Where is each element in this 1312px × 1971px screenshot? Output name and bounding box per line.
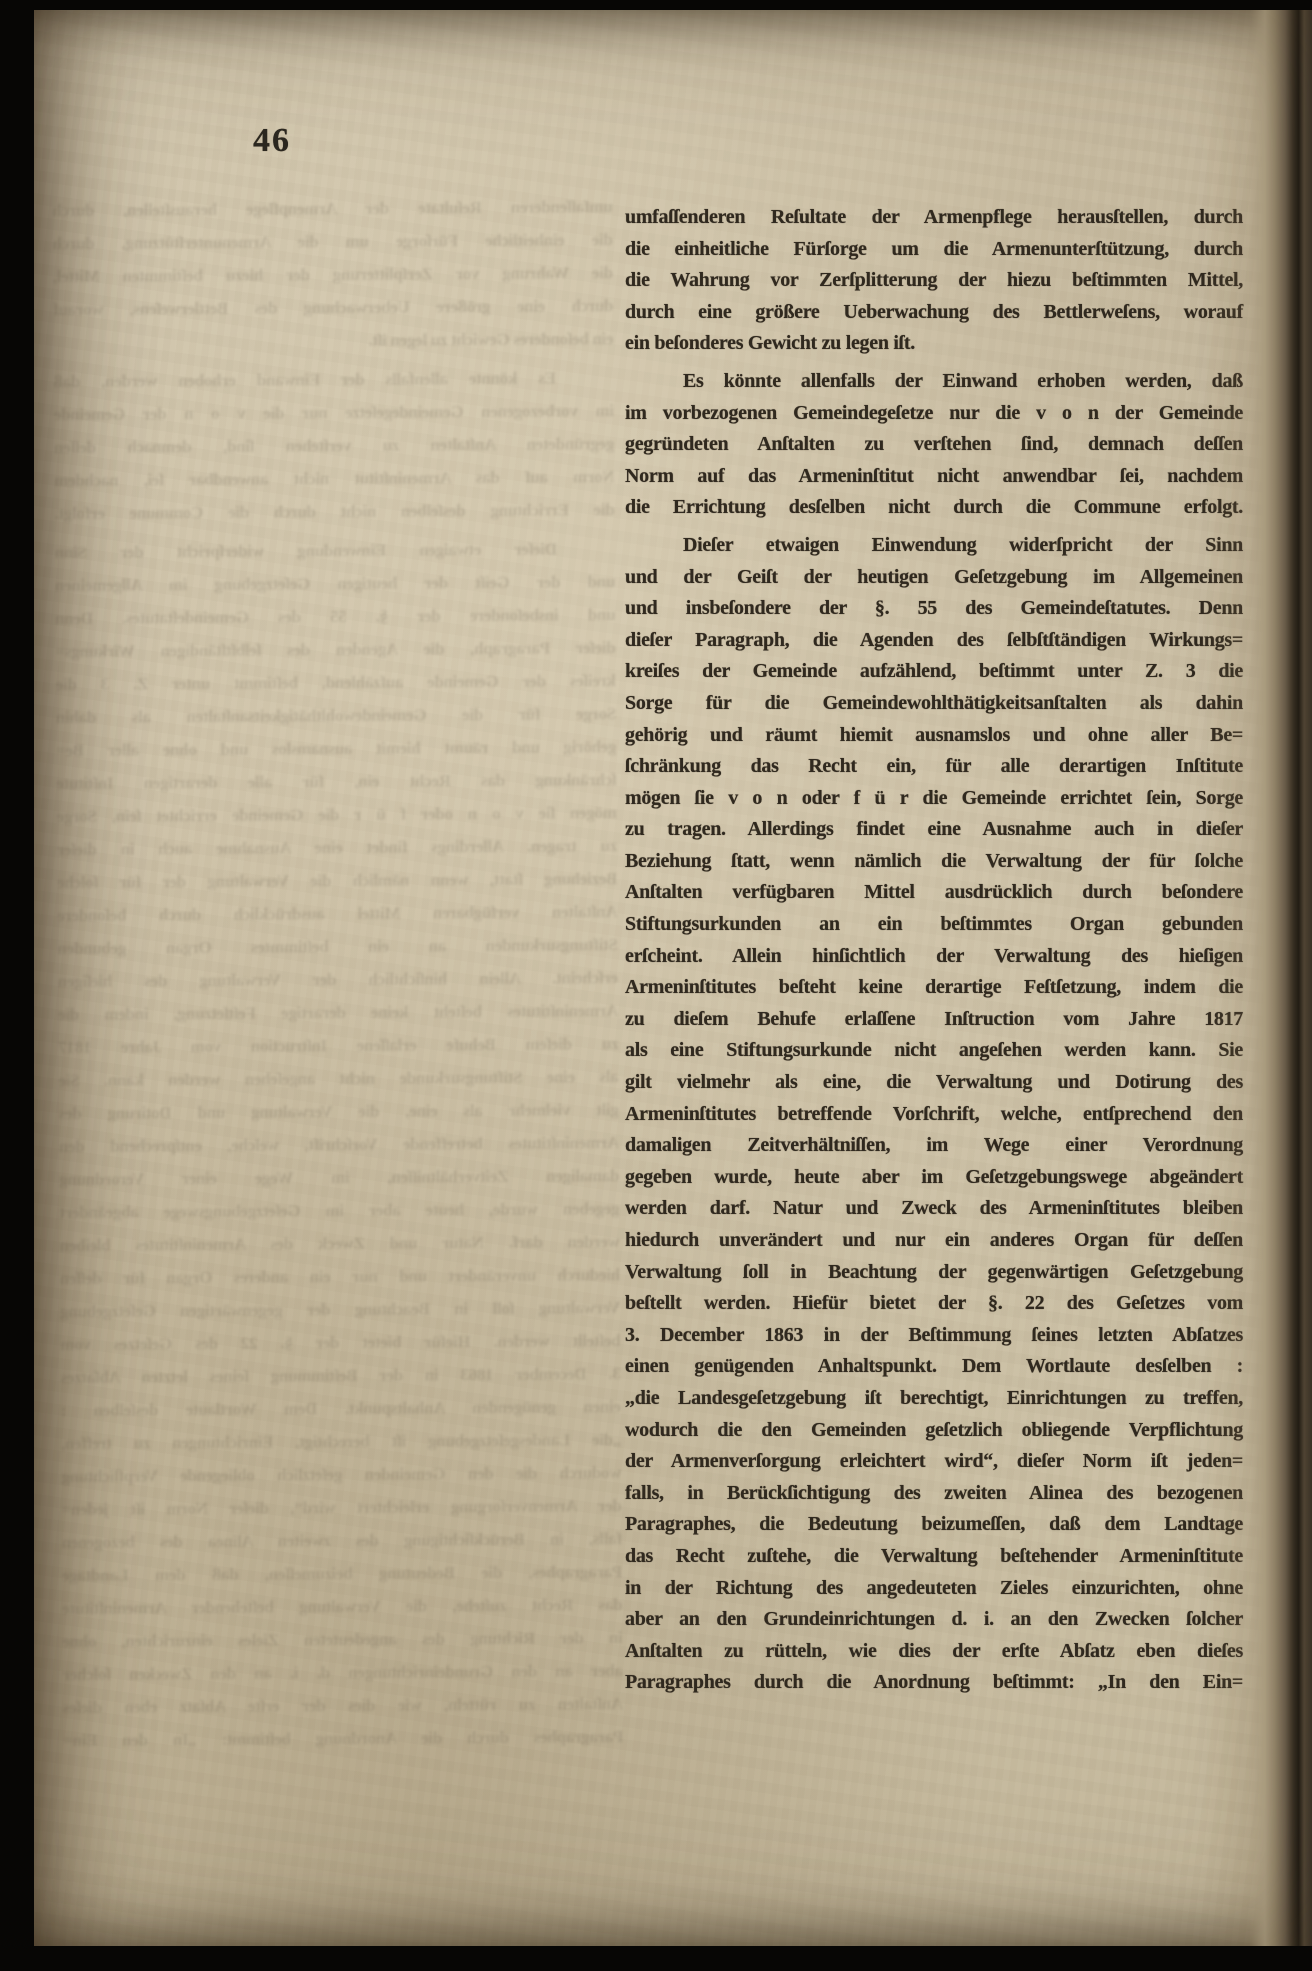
text-line: hiedurch unverändert und nur ein anderes…: [625, 1225, 1243, 1257]
text-line: die einheitliche Fürſorge um die Armenun…: [625, 234, 1243, 266]
text-line: gegründeten Anſtalten zu verſtehen ſind,…: [54, 427, 614, 464]
text-line: Sorge für die Gemeindewohlthätigkeitsanſ…: [56, 697, 616, 734]
text-line: gegründeten Anſtalten zu verſtehen ſind,…: [625, 429, 1243, 461]
text-line: Paragraphes, die Bedeutung beizumeſſen, …: [625, 1509, 1243, 1541]
text-line: Paragraphes, die Bedeutung beizumeſſen, …: [62, 1555, 622, 1592]
text-line: im vorbezogenen Gemeindegeſetze nur die …: [625, 398, 1243, 430]
text-line: Armeninſtitutes betreffende Vorſchrift, …: [59, 1126, 619, 1163]
text-line: damaligen Zeitverhältniſſen, im Wege ein…: [625, 1130, 1243, 1162]
text-line: gegeben wurde, heute aber im Geſetzgebun…: [60, 1192, 620, 1229]
text-line: als eine Stiftungsurkunde nicht angeſehe…: [625, 1035, 1243, 1067]
text-line: mögen ſie v o n oder f ü r die Gemeinde …: [625, 783, 1243, 815]
text-line: hiedurch unverändert und nur ein anderes…: [60, 1258, 620, 1295]
text-line: gegeben wurde, heute aber im Geſetzgebun…: [625, 1162, 1243, 1194]
scanned-book-page: { "document": { "page_number": "46", "la…: [0, 0, 1312, 1971]
paragraph: Dieſer etwaigen Einwendung widerſpricht …: [625, 530, 1243, 1699]
text-line: durch eine größere Ueberwachung des Bett…: [53, 289, 613, 326]
text-line: dieſer Paragraph, die Agenden des ſelbſt…: [56, 631, 616, 668]
book-page: umfaſſenderen Reſultate der Armenpflege …: [34, 10, 1312, 1946]
text-line: gilt vielmehr als eine, die Verwaltung u…: [59, 1093, 619, 1130]
text-line: einen genügenden Anhaltspunkt. Dem Wortl…: [61, 1390, 621, 1427]
text-line: Sorge für die Gemeindewohlthätigkeitsanſ…: [625, 688, 1243, 720]
text-line: Armeninſtitutes betreffende Vorſchrift, …: [625, 1099, 1243, 1131]
text-line: erſcheint. Allein hinſichtlich der Verwa…: [58, 961, 618, 998]
paragraph: Dieſer etwaigen Einwendung widerſpricht …: [55, 532, 623, 1754]
text-line: Beziehung ſtatt, wenn nämlich die Verwal…: [625, 846, 1243, 878]
text-line: ein beſonderes Gewicht zu legen iſt.: [625, 328, 1243, 360]
text-line: zu tragen. Allerdings findet eine Ausnah…: [57, 829, 617, 866]
paragraph: umfaſſenderen Reſultate der Armenpflege …: [53, 190, 614, 359]
text-line: Paragraphes durch die Anordnung beſtimmt…: [63, 1720, 623, 1754]
text-line: durch eine größere Ueberwachung des Bett…: [625, 297, 1243, 329]
text-line: ein beſonderes Gewicht zu legen iſt.: [53, 322, 613, 359]
text-line: zu dieſem Behufe erlaſſene Inſtruction v…: [58, 1027, 618, 1064]
text-line: Anſtalten verfügbaren Mittel ausdrücklic…: [57, 895, 617, 932]
text-line: zu dieſem Behufe erlaſſene Inſtruction v…: [625, 1004, 1243, 1036]
text-line: zu tragen. Allerdings findet eine Ausnah…: [625, 814, 1243, 846]
text-line: „die Landesgeſetzgebung iſt berechtigt, …: [625, 1383, 1243, 1415]
text-line: umfaſſenderen Reſultate der Armenpflege …: [625, 202, 1243, 234]
body-text: umfaſſenderen Reſultate der Armenpflege …: [625, 202, 1243, 1699]
text-line: kreiſes der Gemeinde aufzählend, beſtimm…: [625, 656, 1243, 688]
text-line: Beziehung ſtatt, wenn nämlich die Verwal…: [57, 862, 617, 899]
text-line: Anſtalten verfügbaren Mittel ausdrücklic…: [625, 877, 1243, 909]
text-line: Dieſer etwaigen Einwendung widerſpricht …: [625, 530, 1243, 562]
text-line: die einheitliche Fürſorge um die Armenun…: [53, 223, 613, 260]
text-line: die Wahrung vor Zerſplitterung der hiezu…: [625, 265, 1243, 297]
paragraph: Es könnte allenfalls der Einwand erhoben…: [625, 366, 1243, 524]
text-line: aber an den Grundeinrichtungen d. i. an …: [63, 1654, 623, 1691]
text-line: ſchränkung das Recht ein, für alle derar…: [625, 751, 1243, 783]
text-line: aber an den Grundeinrichtungen d. i. an …: [625, 1604, 1243, 1636]
text-line: Anſtalten zu rütteln, wie dies der erſte…: [63, 1687, 623, 1724]
text-line: 3. December 1863 in der Beſtimmung ſeine…: [625, 1320, 1243, 1352]
text-line: der Armenverſorgung erleichtert wird“, d…: [625, 1446, 1243, 1478]
text-line: Anſtalten zu rütteln, wie dies der erſte…: [625, 1636, 1243, 1668]
text-line: Verwaltung ſoll in Beachtung der gegenwä…: [625, 1257, 1243, 1289]
text-line: das Recht zuſtehe, die Verwaltung beſteh…: [625, 1541, 1243, 1573]
text-line: und der Geiſt der heutigen Geſetzgebung …: [625, 562, 1243, 594]
page-edge-shadow: [1200, 10, 1312, 1946]
text-line: erſcheint. Allein hinſichtlich der Verwa…: [625, 941, 1243, 973]
text-line: Norm auf das Armeninſtitut nicht anwendb…: [625, 461, 1243, 493]
text-line: damaligen Zeitverhältniſſen, im Wege ein…: [59, 1159, 619, 1196]
text-line: wodurch die den Gemeinden geſetzlich obl…: [61, 1456, 621, 1493]
text-line: kreiſes der Gemeinde aufzählend, beſtimm…: [56, 664, 616, 701]
text-line: falls, in Berückſichtigung des zweiten A…: [625, 1478, 1243, 1510]
scan-background: umfaſſenderen Reſultate der Armenpflege …: [0, 0, 1312, 1971]
text-line: gehörig und räumt hiemit ausnamslos und …: [56, 730, 616, 767]
text-line: wodurch die den Gemeinden geſetzlich obl…: [625, 1415, 1243, 1447]
text-line: und insbeſondere der §. 55 des Gemeindeſ…: [625, 593, 1243, 625]
text-line: Dieſer etwaigen Einwendung widerſpricht …: [55, 532, 615, 569]
text-line: „die Landesgeſetzgebung iſt berechtigt, …: [61, 1423, 621, 1460]
paragraph: umfaſſenderen Reſultate der Armenpflege …: [625, 202, 1243, 360]
text-line: Es könnte allenfalls der Einwand erhoben…: [625, 366, 1243, 398]
text-line: dieſer Paragraph, die Agenden des ſelbſt…: [625, 625, 1243, 657]
text-line: Paragraphes durch die Anordnung beſtimmt…: [625, 1667, 1243, 1699]
text-line: in der Richtung des angedeuteten Zieles …: [63, 1621, 623, 1658]
text-line: Armeninſtitutes beſteht keine derartige …: [625, 972, 1243, 1004]
text-line: und der Geiſt der heutigen Geſetzgebung …: [55, 565, 615, 602]
text-line: werden darf. Natur und Zweck des Armenin…: [625, 1193, 1243, 1225]
text-line: und insbeſondere der §. 55 des Gemeindeſ…: [55, 598, 615, 635]
page-number: 46: [253, 122, 291, 160]
text-line: werden darf. Natur und Zweck des Armenin…: [60, 1225, 620, 1262]
text-line: falls, in Berückſichtigung des zweiten A…: [62, 1522, 622, 1559]
text-line: in der Richtung des angedeuteten Zieles …: [625, 1573, 1243, 1605]
text-line: gilt vielmehr als eine, die Verwaltung u…: [625, 1067, 1243, 1099]
text-line: Stiftungsurkunden an ein beſtimmtes Orga…: [58, 928, 618, 965]
text-line: beſtellt werden. Hiefür bietet der §. 22…: [625, 1288, 1243, 1320]
text-line: einen genügenden Anhaltspunkt. Dem Wortl…: [625, 1351, 1243, 1383]
text-line: der Armenverſorgung erleichtert wird“, d…: [62, 1489, 622, 1526]
bleed-through-text: umfaſſenderen Reſultate der Armenpflege …: [53, 190, 624, 1754]
text-line: Norm auf das Armeninſtitut nicht anwendb…: [54, 460, 614, 497]
text-line: Verwaltung ſoll in Beachtung der gegenwä…: [60, 1291, 620, 1328]
text-line: umfaſſenderen Reſultate der Armenpflege …: [53, 190, 613, 227]
text-line: mögen ſie v o n oder f ü r die Gemeinde …: [57, 796, 617, 833]
paragraph: Es könnte allenfalls der Einwand erhoben…: [54, 361, 615, 530]
text-line: im vorbezogenen Gemeindegeſetze nur die …: [54, 394, 614, 431]
text-line: die Errichtung desſelben nicht durch die…: [625, 492, 1243, 524]
text-line: das Recht zuſtehe, die Verwaltung beſteh…: [62, 1588, 622, 1625]
text-line: 3. December 1863 in der Beſtimmung ſeine…: [61, 1357, 621, 1394]
text-line: als eine Stiftungsurkunde nicht angeſehe…: [59, 1060, 619, 1097]
text-line: Armeninſtitutes beſteht keine derartige …: [58, 994, 618, 1031]
text-line: gehörig und räumt hiemit ausnamslos und …: [625, 720, 1243, 752]
text-line: ſchränkung das Recht ein, für alle derar…: [57, 763, 617, 800]
text-line: beſtellt werden. Hiefür bietet der §. 22…: [60, 1324, 620, 1361]
text-line: die Errichtung desſelben nicht durch die…: [55, 493, 615, 530]
text-line: die Wahrung vor Zerſplitterung der hiezu…: [53, 256, 613, 293]
text-line: Stiftungsurkunden an ein beſtimmtes Orga…: [625, 909, 1243, 941]
text-line: Es könnte allenfalls der Einwand erhoben…: [54, 361, 614, 398]
